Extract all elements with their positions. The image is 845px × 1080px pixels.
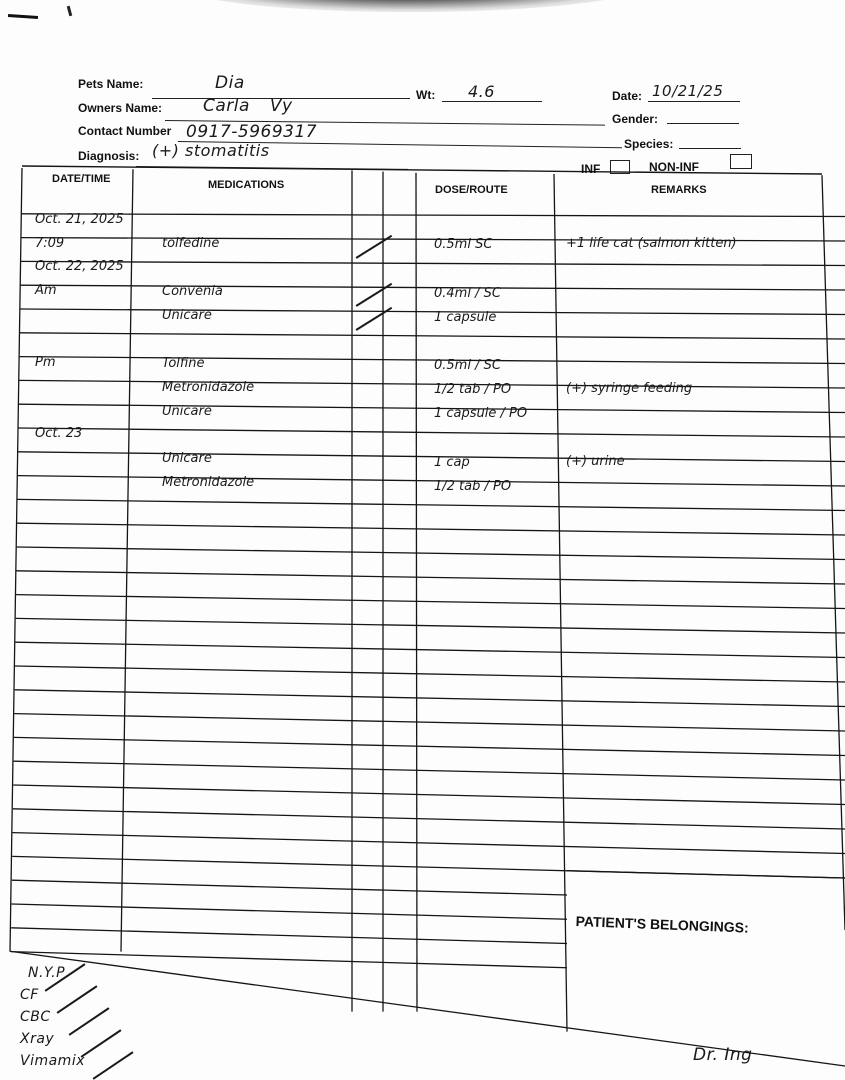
cell-dose-route[interactable]: 0.5ml SC [434,237,492,252]
col-header-datetime: DATE/TIME [52,173,110,185]
cell-dose-route[interactable]: 0.4ml / SC [434,286,501,301]
cell-dose-route[interactable]: 1 cap [434,455,470,470]
checklist-item: CBC [20,1009,51,1025]
cell-dose-route[interactable]: 1/2 tab / PO [434,382,511,397]
cell-medication[interactable]: Unicare [162,451,212,466]
cell-remarks[interactable]: (+) urine [566,454,625,469]
cell-medication[interactable]: Metronidazole [162,380,254,395]
cell-medication[interactable]: Unicare [162,308,212,323]
cell-datetime[interactable]: Pm [35,355,56,370]
treatment-sheet: Pets Name: Dia Wt: 4.6 Date: 10/21/25 Ow… [0,0,845,1080]
cell-dose-route[interactable]: 1/2 tab / PO [434,479,511,494]
cell-medication[interactable]: Convenia [162,284,223,299]
cell-medication[interactable]: tolfedine [162,236,219,251]
cell-medication[interactable]: Unicare [162,404,212,419]
cell-dose-route[interactable]: 1 capsule [434,310,496,325]
cell-datetime[interactable]: Oct. 22, 2025 [35,259,124,274]
cell-datetime[interactable]: Oct. 23 [35,426,82,441]
cell-dose-route[interactable]: 1 capsule / PO [434,406,527,421]
checklist-item: Vimamix [20,1053,85,1069]
col-header-medications: MEDICATIONS [208,179,284,191]
cell-remarks[interactable]: (+) syringe feeding [566,381,692,396]
cell-medication[interactable]: Metronidazole [162,475,254,490]
cell-datetime[interactable]: Oct. 21, 2025 [35,212,124,227]
col-header-remarks: REMARKS [651,184,707,196]
cell-dose-route[interactable]: 0.5ml / SC [434,358,501,373]
checklist-item: Xray [20,1031,54,1047]
cell-remarks[interactable]: +1 life cat (salmon kitten) [566,236,737,251]
doctor-signature: Dr. Ing [693,1045,752,1065]
col-header-dose-route: DOSE/ROUTE [435,184,508,196]
cell-medication[interactable]: Tolfine [162,356,205,371]
cell-datetime[interactable]: 7:09 [35,236,64,251]
medication-table: DATE/TIME MEDICATIONS DOSE/ROUTE REMARKS… [0,0,845,1080]
cell-datetime[interactable]: Am [35,283,57,298]
checklist-item: CF [20,987,39,1003]
